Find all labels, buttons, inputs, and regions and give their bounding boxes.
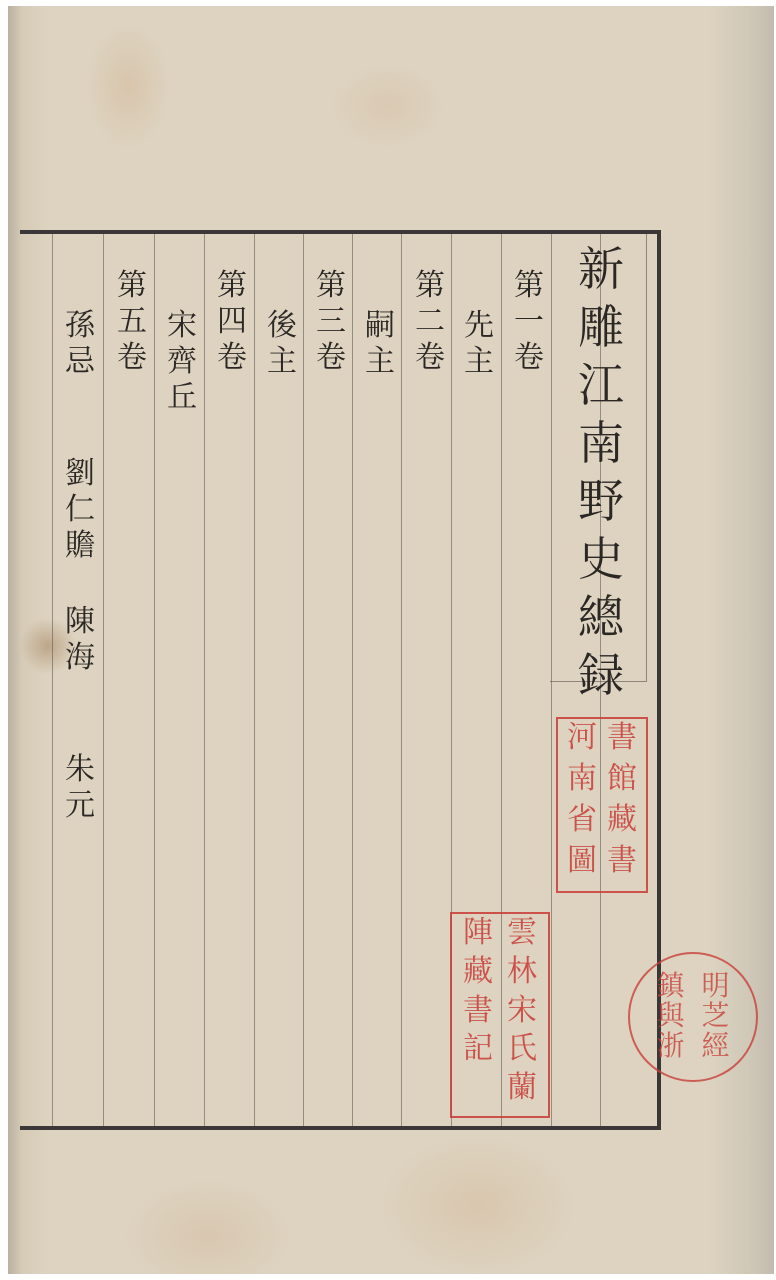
- seal-char: 蘭: [500, 1073, 544, 1112]
- title-char: 南: [578, 414, 622, 472]
- text-char: 贍: [58, 528, 102, 564]
- text-char: 主: [457, 344, 501, 380]
- seal-char: 浙: [648, 1032, 693, 1062]
- text-char: 第: [408, 268, 452, 304]
- text-char: 陳: [58, 604, 102, 640]
- seal-char: 與: [648, 1002, 693, 1032]
- seal-char: 鎮: [648, 972, 693, 1002]
- seal-char: 芝: [693, 1002, 738, 1032]
- seal-char: 圖: [562, 846, 602, 887]
- seal-char: 經: [693, 1032, 738, 1062]
- text-char: 劉: [58, 456, 102, 492]
- text-char: 元: [58, 788, 102, 824]
- seal-char: 書: [602, 723, 642, 764]
- seal-char: 明: [693, 972, 738, 1002]
- volume-3-subject: 後 主: [258, 308, 306, 380]
- volume-5-subject-d: 朱 元: [56, 752, 104, 824]
- text-char: 第: [110, 268, 154, 304]
- text-char: 主: [260, 344, 304, 380]
- seal-char: 陣: [456, 918, 500, 957]
- volume-5-subject-b: 劉 仁 贍: [56, 456, 104, 564]
- seal-char: 林: [500, 957, 544, 996]
- volume-4-subject: 宋 齊 丘: [158, 308, 206, 416]
- seal-char: 書: [602, 846, 642, 887]
- text-char: 三: [309, 304, 353, 340]
- volume-1-subject: 先 主: [455, 308, 503, 380]
- text-char: 先: [457, 308, 501, 344]
- volume-2-heading: 第 二 卷: [406, 268, 454, 376]
- text-char: 主: [358, 344, 402, 380]
- seal-char: 雲: [500, 918, 544, 957]
- volume-2-subject: 嗣 主: [356, 308, 404, 380]
- text-char: 五: [110, 304, 154, 340]
- volume-5-subject-c: 陳 海: [56, 604, 104, 676]
- collector-seal-round: 鎮 明 與 芝 浙 經: [628, 952, 758, 1082]
- text-char: 海: [58, 640, 102, 676]
- text-char: 齊: [160, 344, 204, 380]
- volume-1-heading: 第 一 卷: [505, 268, 553, 376]
- text-char: 第: [507, 268, 551, 304]
- title-char: 新: [578, 240, 622, 298]
- volume-3-heading: 第 三 卷: [307, 268, 355, 376]
- seal-char: 河: [562, 723, 602, 764]
- book-title: 新 雕 江 南 野 史 總 録: [576, 240, 624, 704]
- seal-char: 宋: [500, 996, 544, 1035]
- title-char: 江: [578, 356, 622, 414]
- text-char: 朱: [58, 752, 102, 788]
- column-rule: [52, 234, 53, 1126]
- title-char: 總: [578, 588, 622, 646]
- seal-char: 省: [562, 805, 602, 846]
- text-char: 第: [210, 268, 254, 304]
- seal-char: 氏: [500, 1034, 544, 1073]
- text-char: 仁: [58, 492, 102, 528]
- text-char: 二: [408, 304, 452, 340]
- text-char: 卷: [507, 340, 551, 376]
- text-char: 孫: [58, 308, 102, 344]
- text-char: 四: [210, 304, 254, 340]
- text-char: 宋: [160, 308, 204, 344]
- seal-char: 藏: [456, 957, 500, 996]
- volume-5-subject-a: 孫 忌: [56, 308, 104, 380]
- text-char: 卷: [408, 340, 452, 376]
- text-char: 第: [309, 268, 353, 304]
- title-char: 史: [578, 530, 622, 588]
- title-char: 録: [578, 646, 622, 704]
- text-char: 後: [260, 308, 304, 344]
- title-char: 雕: [578, 298, 622, 356]
- library-seal-henan: 河 南 省 圖 書 館 藏 書: [556, 717, 648, 893]
- text-char: 丘: [160, 380, 204, 416]
- title-char: 野: [578, 472, 622, 530]
- text-char: 卷: [110, 340, 154, 376]
- text-char: 嗣: [358, 308, 402, 344]
- seal-char: 藏: [602, 805, 642, 846]
- text-char: 卷: [210, 340, 254, 376]
- seal-char: 記: [456, 1034, 500, 1073]
- seal-char: 書: [456, 996, 500, 1035]
- collector-seal-rectangular: 陣 雲 藏 林 書 宋 記 氏 蘭: [450, 912, 550, 1118]
- volume-4-heading: 第 四 卷: [208, 268, 256, 376]
- text-char: 卷: [309, 340, 353, 376]
- text-char: 忌: [58, 344, 102, 380]
- seal-char: 南: [562, 764, 602, 805]
- text-char: 一: [507, 304, 551, 340]
- seal-char: 館: [602, 764, 642, 805]
- volume-5-heading: 第 五 卷: [108, 268, 156, 376]
